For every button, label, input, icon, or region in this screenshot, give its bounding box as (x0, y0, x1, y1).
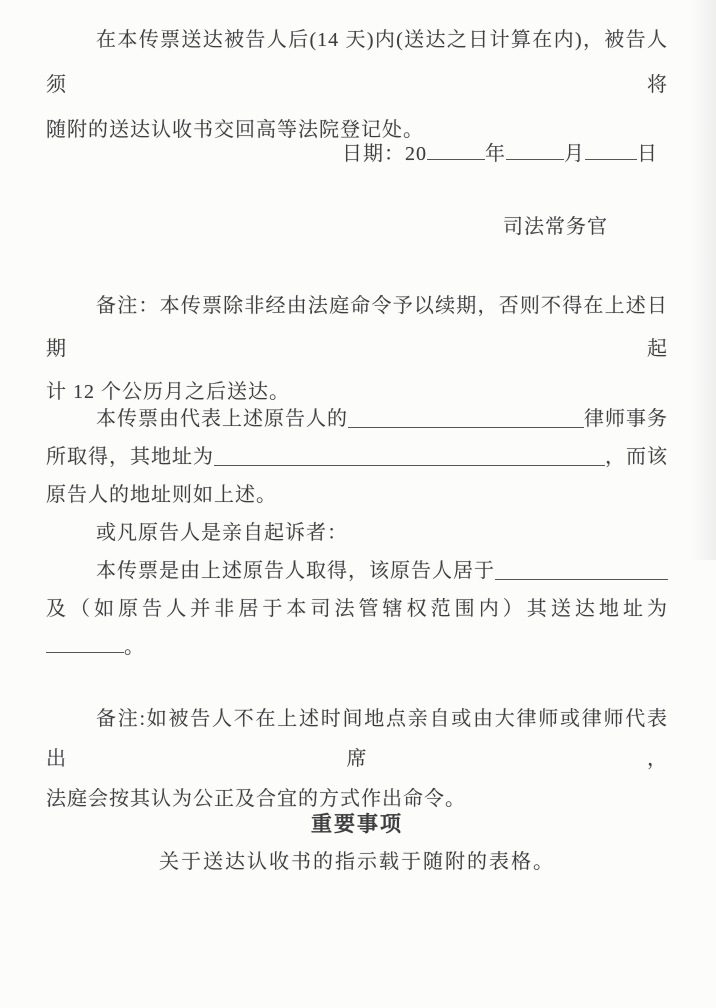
date-day-label: 日 (637, 143, 658, 165)
blank-field-firm-name (348, 427, 584, 428)
date-line: 日期：20年月日 (46, 140, 668, 168)
date-year-label: 年 (485, 143, 506, 165)
paragraph-line: 备注:如被告人不在上述时间地点亲自或由大律师或律师代表出席， (46, 699, 668, 779)
text-segment: 。 (124, 636, 145, 658)
in-person-line2: 及（如原告人并非居于本司法管辖权范围内）其送达地址为 (46, 590, 668, 628)
registrar-title: 司法常务官 (46, 213, 668, 241)
paragraph-line: 在本传票送达被告人后(14 天)内(送达之日计算在内)，被告人须将 (46, 18, 668, 108)
note1-paragraph: 备注：本传票除非经由法庭命令予以续期，否则不得在上述日期起 计 12 个公历月之… (46, 285, 668, 414)
solicitor-line1: 本传票由代表上述原告人的 律师事务 (46, 400, 668, 438)
blank-field-service-address (46, 650, 124, 653)
text-segment: ，而该 (605, 438, 668, 476)
blank-field-day (585, 157, 637, 160)
blank-field-plaintiff-residence (495, 579, 668, 580)
blank-field-month (506, 157, 564, 160)
text-segment: 律师事务 (584, 400, 668, 438)
text-segment: 本传票是由上述原告人取得，该原告人居于 (96, 552, 495, 590)
blank-field-firm-address (214, 465, 605, 466)
in-person-line3: 。 (46, 628, 668, 666)
text-segment: 本传票由代表上述原告人的 (96, 400, 348, 438)
scanned-summons-document: 在本传票送达被告人后(14 天)内(送达之日计算在内)，被告人须将 随附的送达认… (0, 0, 716, 1008)
blank-field-year (427, 157, 485, 160)
important-heading: 重要事项 (46, 811, 668, 837)
paragraph-line: 备注：本传票除非经由法庭命令予以续期，否则不得在上述日期起 (46, 285, 668, 371)
note2-paragraph: 备注:如被告人不在上述时间地点亲自或由大律师或律师代表出席， 法庭会按其认为公正… (46, 699, 668, 819)
origin-of-summons-block: 本传票由代表上述原告人的 律师事务 所取得，其地址为 ，而该 原告人的地址则如上… (46, 400, 668, 666)
service-instructions-paragraph: 在本传票送达被告人后(14 天)内(送达之日计算在内)，被告人须将 随附的送达认… (46, 18, 668, 153)
date-month-label: 月 (564, 143, 585, 165)
solicitor-line2: 所取得，其地址为 ，而该 (46, 438, 668, 476)
date-prefix: 日期：20 (342, 143, 427, 165)
important-text: 关于送达认收书的指示载于随附的表格。 (46, 849, 668, 875)
solicitor-line3: 原告人的地址则如上述。 (46, 476, 668, 514)
text-segment: 所取得，其地址为 (46, 438, 214, 476)
in-person-line1: 本传票是由上述原告人取得，该原告人居于 (46, 552, 668, 590)
in-person-intro-line: 或凡原告人是亲自起诉者： (46, 514, 668, 552)
